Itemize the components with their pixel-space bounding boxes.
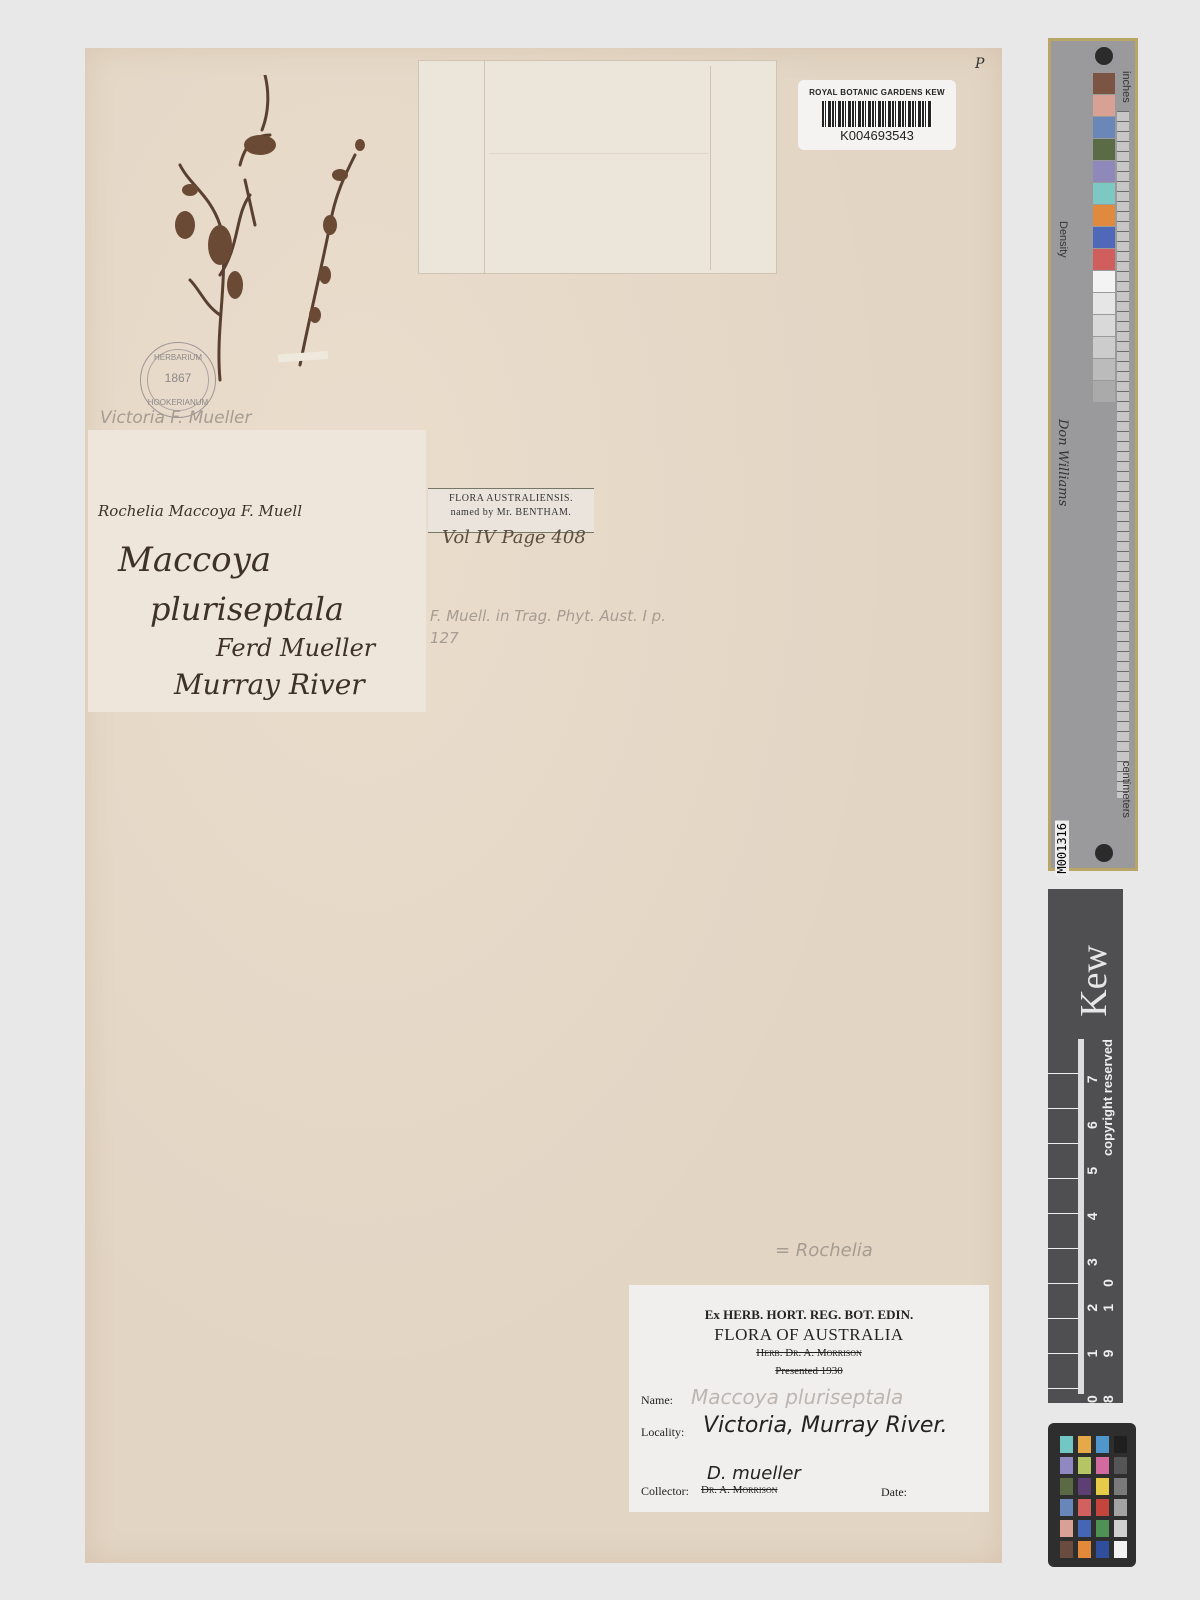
color-swatch <box>1093 315 1115 336</box>
label-line-5: Murray River <box>174 668 365 701</box>
scale-hole-top <box>1095 47 1113 65</box>
corner-mark: P <box>975 56 984 72</box>
pencil-note-locality: Victoria F. Mueller <box>100 408 252 428</box>
volume-page-note: Vol IV Page 408 <box>442 527 586 548</box>
checker-patch <box>1096 1457 1109 1474</box>
color-swatch <box>1093 183 1115 204</box>
checker-patch <box>1060 1541 1073 1558</box>
color-swatch <box>1093 117 1115 138</box>
label-struck-herbarium: Herb. Dr. A. Morrison <box>629 1347 989 1359</box>
checker-patch <box>1096 1478 1109 1495</box>
inches-label: inches <box>1120 71 1132 103</box>
checker-patch <box>1060 1520 1073 1537</box>
edinburgh-herbarium-label: Ex HERB. HORT. REG. BOT. EDIN. FLORA OF … <box>629 1285 989 1512</box>
pencil-synonym-note: = Rochelia <box>775 1240 873 1261</box>
date-field-label: Date: <box>881 1485 907 1500</box>
checker-patch <box>1114 1478 1127 1495</box>
locality-field-value: Victoria, Murray River. <box>703 1413 947 1438</box>
locality-field-label: Locality: <box>641 1425 684 1440</box>
flora-slip-line-2: named by Mr. BENTHAM. <box>428 506 594 520</box>
envelope-right-flap <box>710 66 776 270</box>
label-line-4: Ferd Mueller <box>216 634 375 662</box>
label-line-2: Maccoya <box>118 540 271 580</box>
stamp-top-text: HERBARIUM <box>141 353 215 362</box>
collector-field-label: Collector: <box>641 1484 689 1499</box>
checker-patch <box>1114 1520 1127 1537</box>
color-swatch <box>1093 359 1115 380</box>
original-collector-label: Rochelia Maccoya F. Muell Maccoya pluris… <box>88 430 426 712</box>
label-struck-presented: Presented 1930 <box>629 1365 989 1377</box>
barcode-icon <box>822 101 932 127</box>
envelope-fold <box>489 153 708 154</box>
barcode-label: ROYAL BOTANIC GARDENS KEW K004693543 <box>798 80 956 150</box>
pencil-reference-note: F. Muell. in Trag. Phyt. Aust. I p. 127 <box>430 605 680 649</box>
herbarium-stamp: HERBARIUM 1867 HOOKERIANUM <box>140 342 216 418</box>
label-title: FLORA OF AUSTRALIA <box>629 1325 989 1345</box>
brand-label: Don Williams <box>1055 419 1070 506</box>
color-swatch <box>1093 73 1115 94</box>
name-field-label: Name: <box>641 1393 673 1408</box>
checker-patch <box>1078 1457 1091 1474</box>
barcode-number: K004693543 <box>798 128 956 143</box>
checker-patch <box>1078 1499 1091 1516</box>
color-swatch <box>1093 381 1115 402</box>
checker-patch <box>1060 1436 1073 1453</box>
label-line-3: pluriseptala <box>150 590 344 628</box>
checker-patch <box>1060 1478 1073 1495</box>
color-density-scale: inches Density Don Williams centimeters … <box>1048 38 1138 871</box>
specimen-envelope <box>418 60 777 274</box>
envelope-left-flap <box>419 61 485 273</box>
stamp-bottom-text: HOOKERIANUM <box>141 398 215 407</box>
checker-patch <box>1114 1499 1127 1516</box>
institution-name: ROYAL BOTANIC GARDENS KEW <box>798 88 956 97</box>
checker-patch <box>1078 1541 1091 1558</box>
color-checker-card <box>1048 1423 1136 1567</box>
checker-patch <box>1078 1520 1091 1537</box>
checker-patch <box>1114 1541 1127 1558</box>
checker-patch <box>1114 1436 1127 1453</box>
catalog-number: M001316 <box>1055 821 1069 876</box>
color-swatch <box>1093 205 1115 226</box>
color-swatch <box>1093 293 1115 314</box>
color-swatch-strip <box>1093 73 1115 403</box>
ruler-ticks <box>1117 111 1129 798</box>
flora-slip-line-1: FLORA AUSTRALIENSIS. <box>428 492 594 506</box>
collector-struck-name: Dr. A. Morrison <box>701 1484 778 1496</box>
color-swatch <box>1093 227 1115 248</box>
color-swatch <box>1093 337 1115 358</box>
collector-field-value: D. mueller <box>707 1463 801 1484</box>
checker-patch <box>1096 1541 1109 1558</box>
color-swatch <box>1093 271 1115 292</box>
color-swatch <box>1093 95 1115 116</box>
kew-logo: Kew <box>1072 945 1116 1017</box>
color-swatch <box>1093 139 1115 160</box>
label-line-1: Rochelia Maccoya F. Muell <box>98 502 302 520</box>
name-field-value: Maccoya pluriseptala <box>691 1385 903 1409</box>
copyright-text: copyright reserved <box>1100 1039 1115 1156</box>
color-swatch <box>1093 161 1115 182</box>
centimeters-label: centimeters <box>1120 761 1132 818</box>
checker-patch <box>1096 1436 1109 1453</box>
checker-patch <box>1096 1499 1109 1516</box>
density-label: Density <box>1057 221 1069 258</box>
kew-cm-scale-bar: Kew 0 1 2 3 4 5 6 7 8 9 10 copyright res… <box>1048 889 1123 1403</box>
checker-patch <box>1078 1436 1091 1453</box>
scale-hole-bottom <box>1095 844 1113 862</box>
scale-bars <box>1048 1039 1084 1394</box>
checker-patch <box>1060 1499 1073 1516</box>
stamp-year: 1867 <box>141 371 215 385</box>
checker-patch <box>1114 1457 1127 1474</box>
label-header: Ex HERB. HORT. REG. BOT. EDIN. <box>629 1307 989 1323</box>
checker-patch <box>1060 1457 1073 1474</box>
checker-patch <box>1096 1520 1109 1537</box>
checker-patch <box>1078 1478 1091 1495</box>
color-swatch <box>1093 249 1115 270</box>
